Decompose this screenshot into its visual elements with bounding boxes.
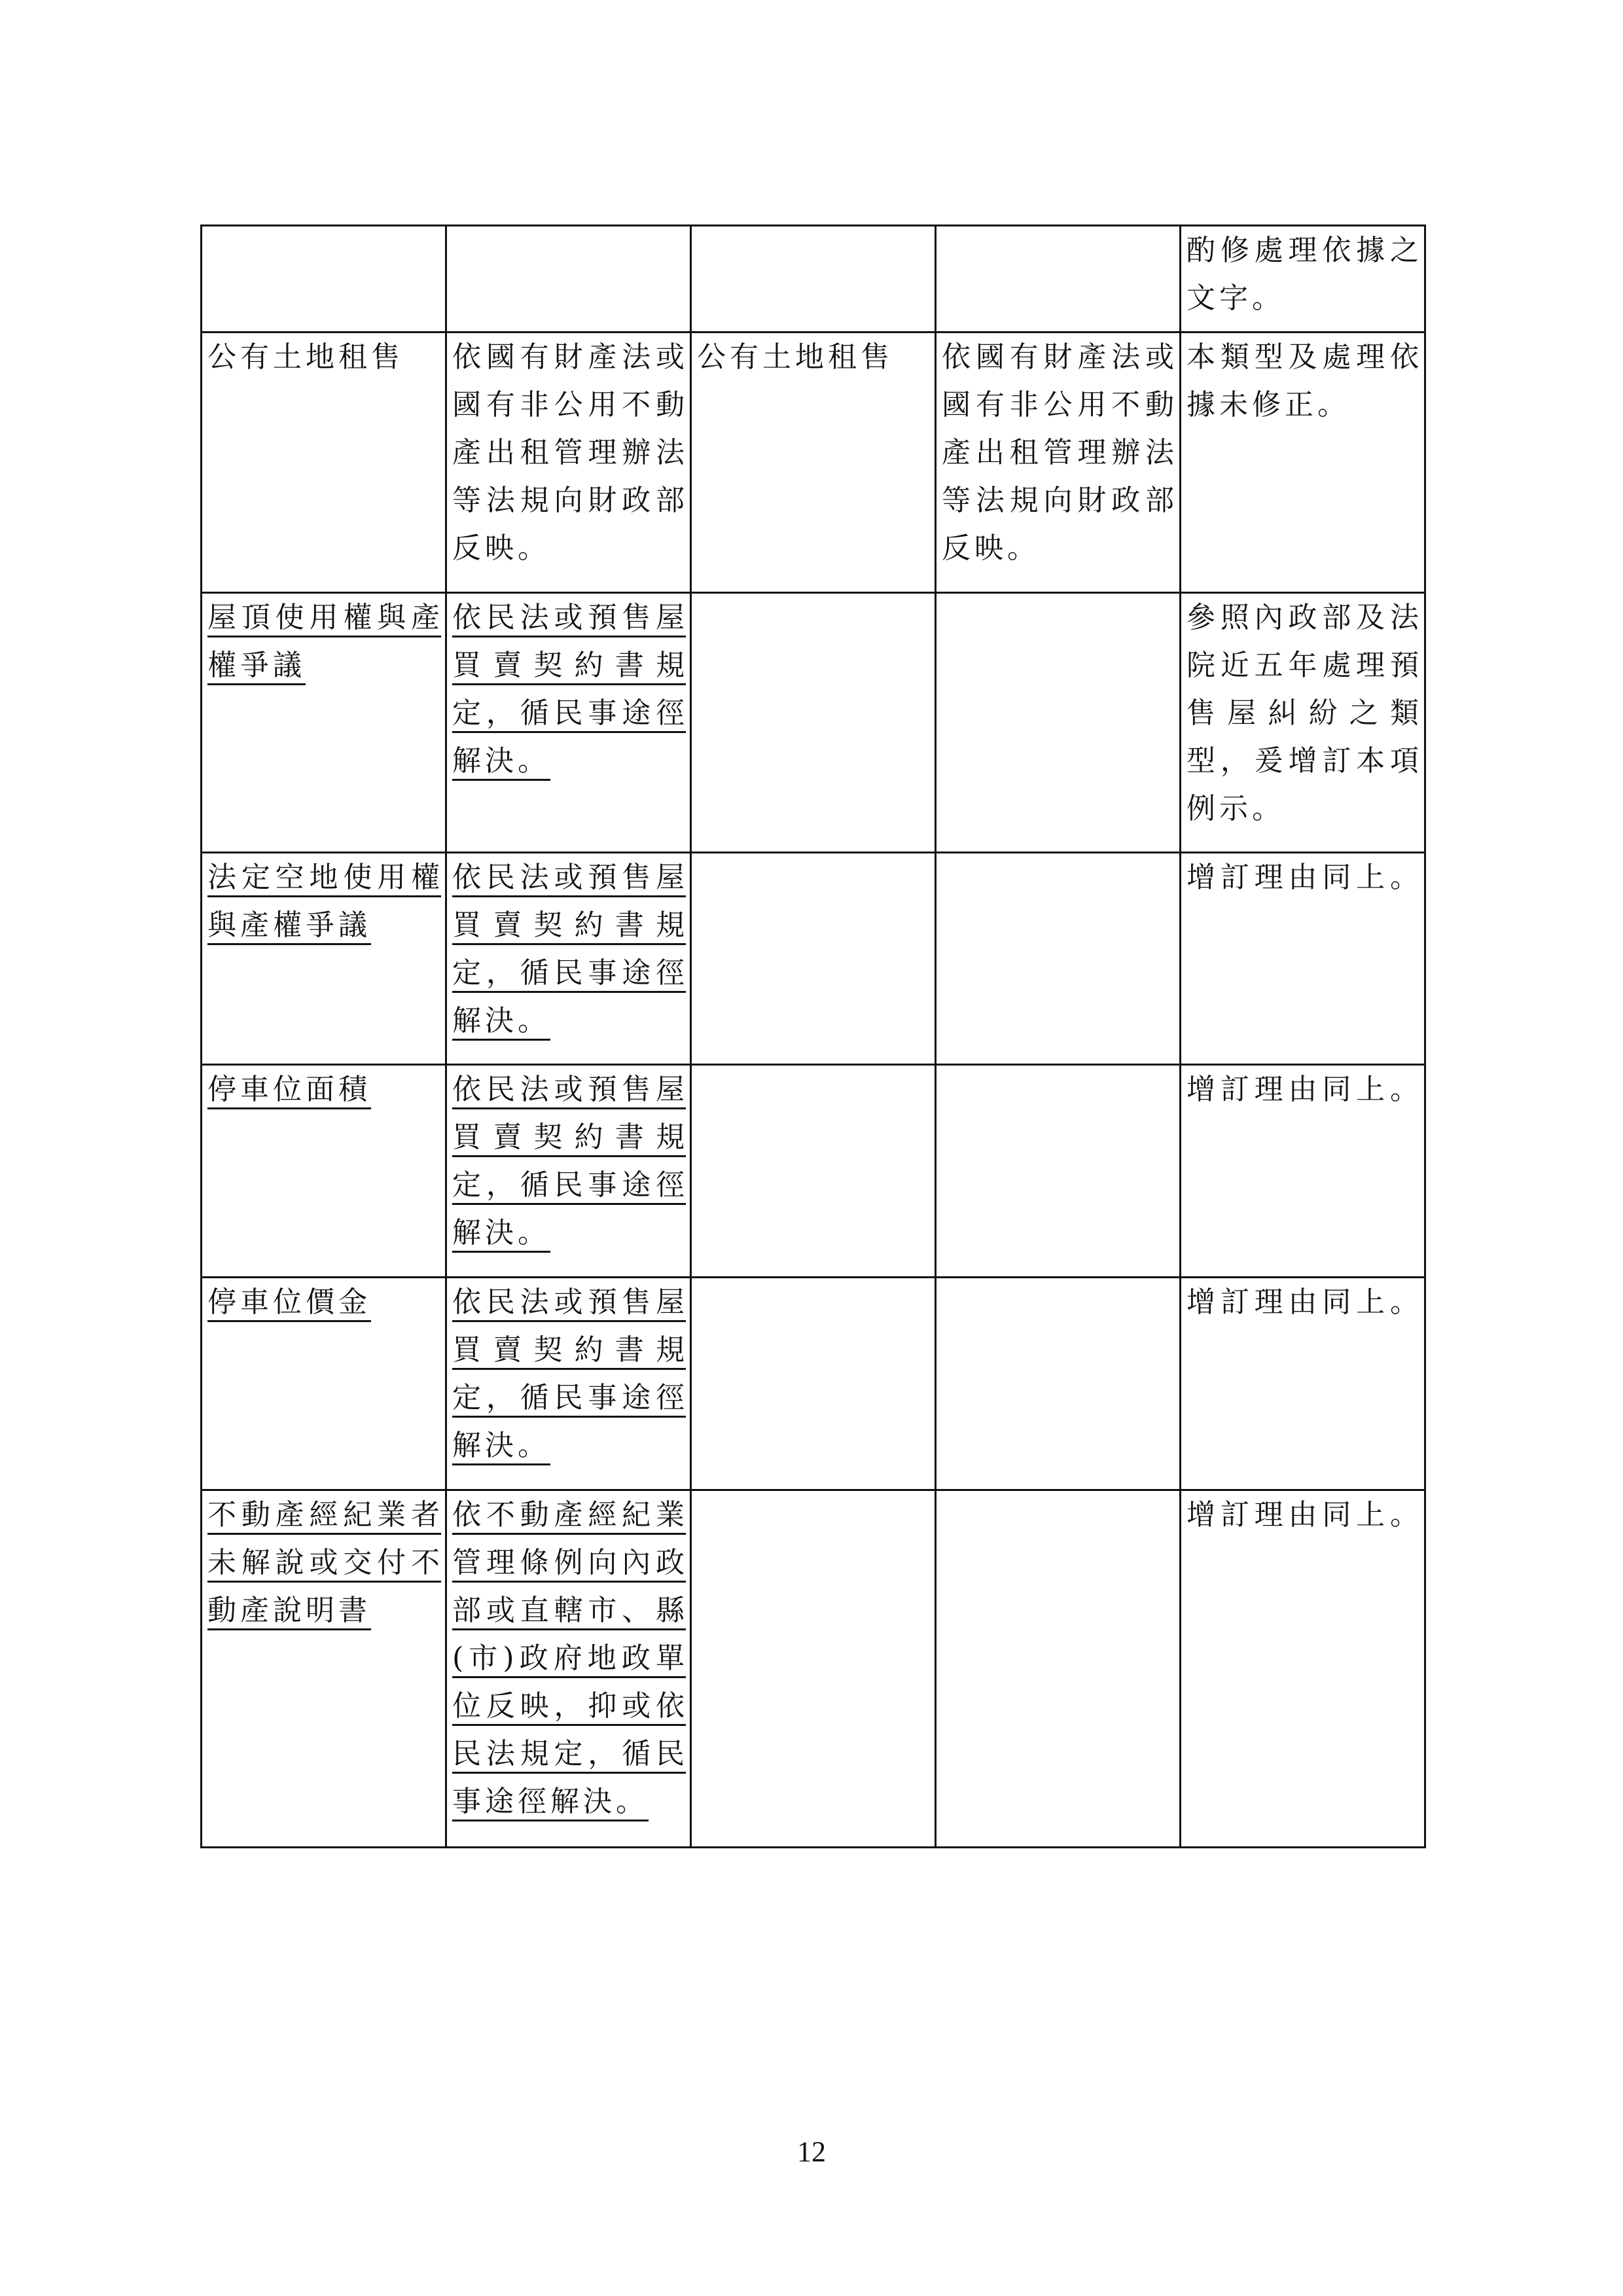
table-cell: 公有土地租售 [202, 332, 446, 593]
cell-text-line: 部或直轄市、縣 [452, 1587, 686, 1634]
table-cell: 公有土地租售 [691, 332, 936, 593]
table-cell [691, 1278, 936, 1490]
page-number: 12 [785, 2135, 838, 2168]
cell-text-line: 位反映，抑或依 [452, 1682, 686, 1730]
table-cell: 法定空地使用權與產權爭議 [202, 853, 446, 1065]
cell-text-line: 公有土地租售 [697, 333, 931, 381]
table-cell [202, 226, 446, 332]
cell-text-line: 產出租管理辦法 [452, 429, 686, 476]
cell-text-line: 反映。 [452, 524, 686, 572]
table-row: 酌修處理依據之文字。 [202, 226, 1425, 332]
cell-text-line: 事途徑解決。 [452, 1778, 686, 1825]
table-cell [936, 226, 1181, 332]
cell-text-line: 增訂理由同上。 [1186, 853, 1420, 901]
table-cell [691, 1065, 936, 1278]
table-cell: 不動產經紀業者未解說或交付不動產說明書 [202, 1490, 446, 1848]
cell-text-line: 解決。 [452, 1422, 686, 1469]
cell-text-line: 依民法或預售屋 [452, 853, 686, 901]
cell-text-line: 依國有財產法或 [452, 333, 686, 381]
cell-text-line: (市)政府地政單 [452, 1634, 686, 1682]
table-cell: 依民法或預售屋買賣契約書規定，循民事途徑解決。 [446, 593, 691, 853]
table-cell: 依民法或預售屋買賣契約書規定，循民事途徑解決。 [446, 853, 691, 1065]
cell-text-line: 解決。 [452, 737, 686, 785]
cell-text-line: 法定空地使用權 [207, 853, 441, 901]
table-cell: 依國有財產法或國有非公用不動產出租管理辦法等法規向財政部反映。 [936, 332, 1181, 593]
cell-text-line: 不動產經紀業者 [207, 1491, 441, 1539]
table-cell: 增訂理由同上。 [1181, 1490, 1425, 1848]
table-cell [691, 853, 936, 1065]
cell-text-line: 依民法或預售屋 [452, 1066, 686, 1113]
cell-text-line: 等法規向財政部 [942, 476, 1175, 524]
cell-text-line: 依不動產經紀業 [452, 1491, 686, 1539]
cell-text-line: 定，循民事途徑 [452, 949, 686, 997]
cell-text-line: 本類型及處理依 [1186, 333, 1420, 381]
table-cell [446, 226, 691, 332]
cell-text-line: 解決。 [452, 1209, 686, 1257]
table-cell [936, 1490, 1181, 1848]
cell-text-line: 定，循民事途徑 [452, 1374, 686, 1422]
table-cell [936, 1065, 1181, 1278]
cell-text-line: 依民法或預售屋 [452, 594, 686, 641]
table-row: 屋頂使用權與產權爭議 依民法或預售屋買賣契約書規定，循民事途徑解決。 參照內政部… [202, 593, 1425, 853]
cell-text-line: 增訂理由同上。 [1186, 1491, 1420, 1539]
table-cell [936, 853, 1181, 1065]
table-cell [936, 593, 1181, 853]
table-cell: 屋頂使用權與產權爭議 [202, 593, 446, 853]
cell-text-line: 增訂理由同上。 [1186, 1278, 1420, 1326]
cell-text-line: 民法規定，循民 [452, 1730, 686, 1778]
cell-text-line: 產出租管理辦法 [942, 429, 1175, 476]
cell-text-line: 增訂理由同上。 [1186, 1066, 1420, 1113]
table-cell [691, 593, 936, 853]
cell-text-line: 買賣契約書規 [452, 641, 686, 689]
cell-text-line: 院近五年處理預 [1186, 641, 1420, 689]
table-row: 法定空地使用權與產權爭議 依民法或預售屋買賣契約書規定，循民事途徑解決。 增訂理… [202, 853, 1425, 1065]
table-row: 停車位價金 依民法或預售屋買賣契約書規定，循民事途徑解決。 增訂理由同上。 [202, 1278, 1425, 1490]
table-row: 不動產經紀業者未解說或交付不動產說明書 依不動產經紀業管理條例向內政部或直轄市、… [202, 1490, 1425, 1848]
table-cell: 依國有財產法或國有非公用不動產出租管理辦法等法規向財政部反映。 [446, 332, 691, 593]
table-cell: 酌修處理依據之文字。 [1181, 226, 1425, 332]
cell-text-line: 解決。 [452, 997, 686, 1045]
cell-text-line: 國有非公用不動 [942, 381, 1175, 429]
table-cell: 停車位面積 [202, 1065, 446, 1278]
cell-text-line: 動產說明書 [207, 1587, 441, 1634]
cell-text-line: 未解說或交付不 [207, 1539, 441, 1587]
table-cell [691, 1490, 936, 1848]
cell-text-line: 反映。 [942, 524, 1175, 572]
cell-text-line: 型，爰增訂本項 [1186, 737, 1420, 785]
table-cell [691, 226, 936, 332]
table-cell: 增訂理由同上。 [1181, 853, 1425, 1065]
cell-text-line: 等法規向財政部 [452, 476, 686, 524]
table-cell: 依民法或預售屋買賣契約書規定，循民事途徑解決。 [446, 1065, 691, 1278]
cell-text-line: 例示。 [1186, 785, 1420, 833]
cell-text-line: 售屋糾紛之類 [1186, 689, 1420, 737]
cell-text-line: 與產權爭議 [207, 901, 441, 949]
table-cell: 依民法或預售屋買賣契約書規定，循民事途徑解決。 [446, 1278, 691, 1490]
cell-text-line: 國有非公用不動 [452, 381, 686, 429]
table-cell [936, 1278, 1181, 1490]
cell-text-line: 定，循民事途徑 [452, 689, 686, 737]
cell-text-line: 屋頂使用權與產 [207, 594, 441, 641]
cell-text-line: 參照內政部及法 [1186, 594, 1420, 641]
cell-text-line: 公有土地租售 [207, 333, 441, 381]
table-row: 停車位面積 依民法或預售屋買賣契約書規定，循民事途徑解決。 增訂理由同上。 [202, 1065, 1425, 1278]
cell-text-line: 酌修處理依據之 [1186, 226, 1420, 274]
cell-text-line: 權爭議 [207, 641, 441, 689]
table-body: 酌修處理依據之文字。 公有土地租售 依國有財產法或國有非公用不動產出租管理辦法等… [202, 226, 1425, 1848]
document-page: 酌修處理依據之文字。 公有土地租售 依國有財產法或國有非公用不動產出租管理辦法等… [0, 0, 1623, 2296]
table-cell: 增訂理由同上。 [1181, 1278, 1425, 1490]
cell-text-line: 定，循民事途徑 [452, 1161, 686, 1209]
table-cell: 增訂理由同上。 [1181, 1065, 1425, 1278]
cell-text-line: 停車位面積 [207, 1066, 441, 1113]
cell-text-line: 買賣契約書規 [452, 901, 686, 949]
table-cell: 參照內政部及法院近五年處理預售屋糾紛之類型，爰增訂本項例示。 [1181, 593, 1425, 853]
cell-text-line: 依國有財產法或 [942, 333, 1175, 381]
cell-text-line: 文字。 [1186, 274, 1420, 322]
cell-text-line: 管理條例向內政 [452, 1539, 686, 1587]
table-cell: 停車位價金 [202, 1278, 446, 1490]
cell-text-line: 依民法或預售屋 [452, 1278, 686, 1326]
cell-text-line: 買賣契約書規 [452, 1113, 686, 1161]
cell-text-line: 買賣契約書規 [452, 1326, 686, 1374]
table-row: 公有土地租售 依國有財產法或國有非公用不動產出租管理辦法等法規向財政部反映。 公… [202, 332, 1425, 593]
cell-text-line: 停車位價金 [207, 1278, 441, 1326]
cell-text-line: 據未修正。 [1186, 381, 1420, 429]
comparison-table: 酌修處理依據之文字。 公有土地租售 依國有財產法或國有非公用不動產出租管理辦法等… [200, 224, 1426, 1848]
table-cell: 依不動產經紀業管理條例向內政部或直轄市、縣(市)政府地政單位反映，抑或依民法規定… [446, 1490, 691, 1848]
table-cell: 本類型及處理依據未修正。 [1181, 332, 1425, 593]
